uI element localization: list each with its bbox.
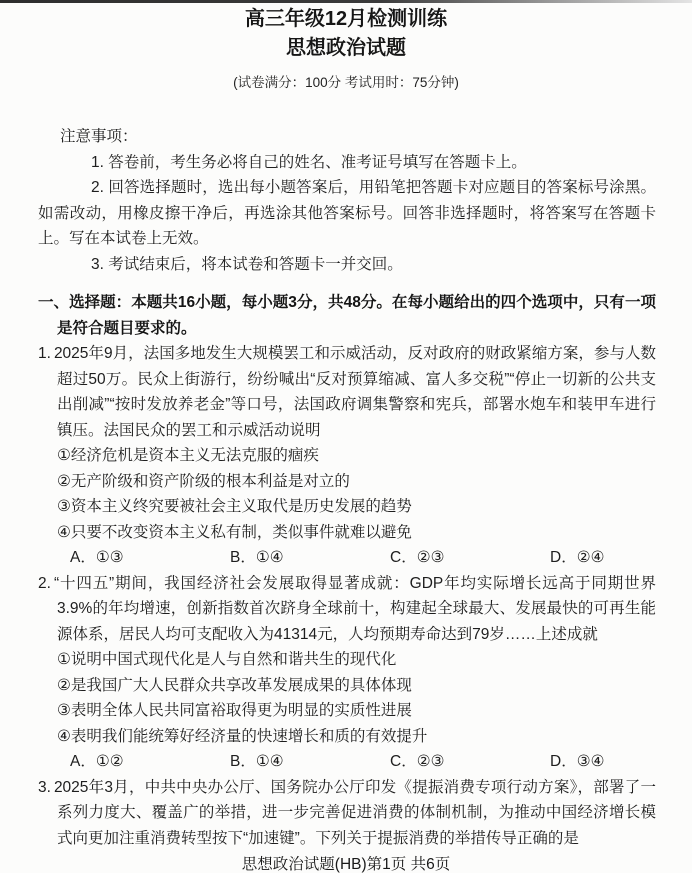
page-footer: 思想政治试题(HB)第1页 共6页 [0,854,692,873]
question-2-stem-text: “十四五”期间，我国经济社会发展取得显著成就：GDP年均实际增长远高于同期世界3… [54,575,656,643]
question-1-statement-2: ②无产阶级和资产阶级的根本利益是对立的 [38,469,656,495]
choice-section: 一、选择题：本题共16小题，每小题3分，共48分。在每小题给出的四个选项中，只有… [0,290,692,851]
question-1-statement-4: ④只要不改变资本主义私有制，类似事件就难以避免 [38,520,656,546]
question-1-option-b: B．①④ [230,545,390,571]
question-2: 2.“十四五”期间，我国经济社会发展取得显著成就：GDP年均实际增长远高于同期世… [38,571,656,775]
question-1: 1.2025年9月，法国多地发生大规模罢工和示威活动，反对政府的财政紧缩方案，参… [38,341,656,571]
question-1-stem: 1.2025年9月，法国多地发生大规模罢工和示威活动，反对政府的财政紧缩方案，参… [38,341,656,443]
question-1-stem-text: 2025年9月，法国多地发生大规模罢工和示威活动，反对政府的财政紧缩方案，参与人… [54,345,656,439]
question-1-option-a: A．①③ [70,545,230,571]
question-1-statement-3: ③资本主义终究要被社会主义取代是历史发展的趋势 [38,494,656,520]
question-1-option-d: D．②④ [550,545,605,571]
notice-heading: 注意事项： [60,124,656,150]
notice-section: 注意事项： 1. 答卷前，考生务必将自己的姓名、准考证号填写在答题卡上。 2. … [0,124,692,277]
question-1-number: 1. [38,345,51,362]
question-2-number: 2. [38,575,51,592]
question-2-statement-2: ②是我国广大人民群众共享改革发展成果的具体体现 [38,673,656,699]
notice-item-1: 1. 答卷前，考生务必将自己的姓名、准考证号填写在答题卡上。 [38,150,656,176]
scan-top-edge-line [0,0,692,3]
section-heading: 一、选择题：本题共16小题，每小题3分，共48分。在每小题给出的四个选项中，只有… [38,290,656,341]
question-2-option-a: A．①② [70,749,230,775]
question-2-options: A．①② B．①④ C．②③ D．③④ [70,749,656,775]
question-3: 3.2025年3月，中共中央办公厅、国务院办公厅印发《提振消费专项行动方案》，部… [38,775,656,852]
question-1-statement-1: ①经济危机是资本主义无法克服的痼疾 [38,443,656,469]
question-2-stem: 2.“十四五”期间，我国经济社会发展取得显著成就：GDP年均实际增长远高于同期世… [38,571,656,648]
notice-item-2: 2. 回答选择题时，选出每小题答案后，用铅笔把答题卡对应题目的答案标号涂黑。如需… [38,175,656,252]
question-3-number: 3. [38,779,51,796]
question-1-option-c: C．②③ [390,545,550,571]
paper-title-line2: 思想政治试题 [0,36,692,61]
question-2-option-b: B．①④ [230,749,390,775]
question-2-option-d: D．③④ [550,749,605,775]
question-2-statement-1: ①说明中国式现代化是人与自然和谐共生的现代化 [38,647,656,673]
question-2-statement-4: ④表明我们能统筹好经济量的快速增长和质的有效提升 [38,724,656,750]
paper-title-line1: 高三年级12月检测训练 [0,7,692,32]
question-2-option-c: C．②③ [390,749,550,775]
exam-paper-page: 高三年级12月检测训练 思想政治试题 (试卷满分：100分 考试用时：75分钟)… [0,0,692,873]
question-1-options: A．①③ B．①④ C．②③ D．②④ [70,545,656,571]
question-3-stem-text: 2025年3月，中共中央办公厅、国务院办公厅印发《提振消费专项行动方案》，部署了… [54,779,656,847]
notice-item-3: 3. 考试结束后，将本试卷和答题卡一并交回。 [38,252,656,278]
question-3-stem: 3.2025年3月，中共中央办公厅、国务院办公厅印发《提振消费专项行动方案》，部… [38,775,656,852]
paper-subtitle: (试卷满分：100分 考试用时：75分钟) [0,75,692,91]
question-2-statement-3: ③表明全体人民共同富裕取得更为明显的实质性进展 [38,698,656,724]
